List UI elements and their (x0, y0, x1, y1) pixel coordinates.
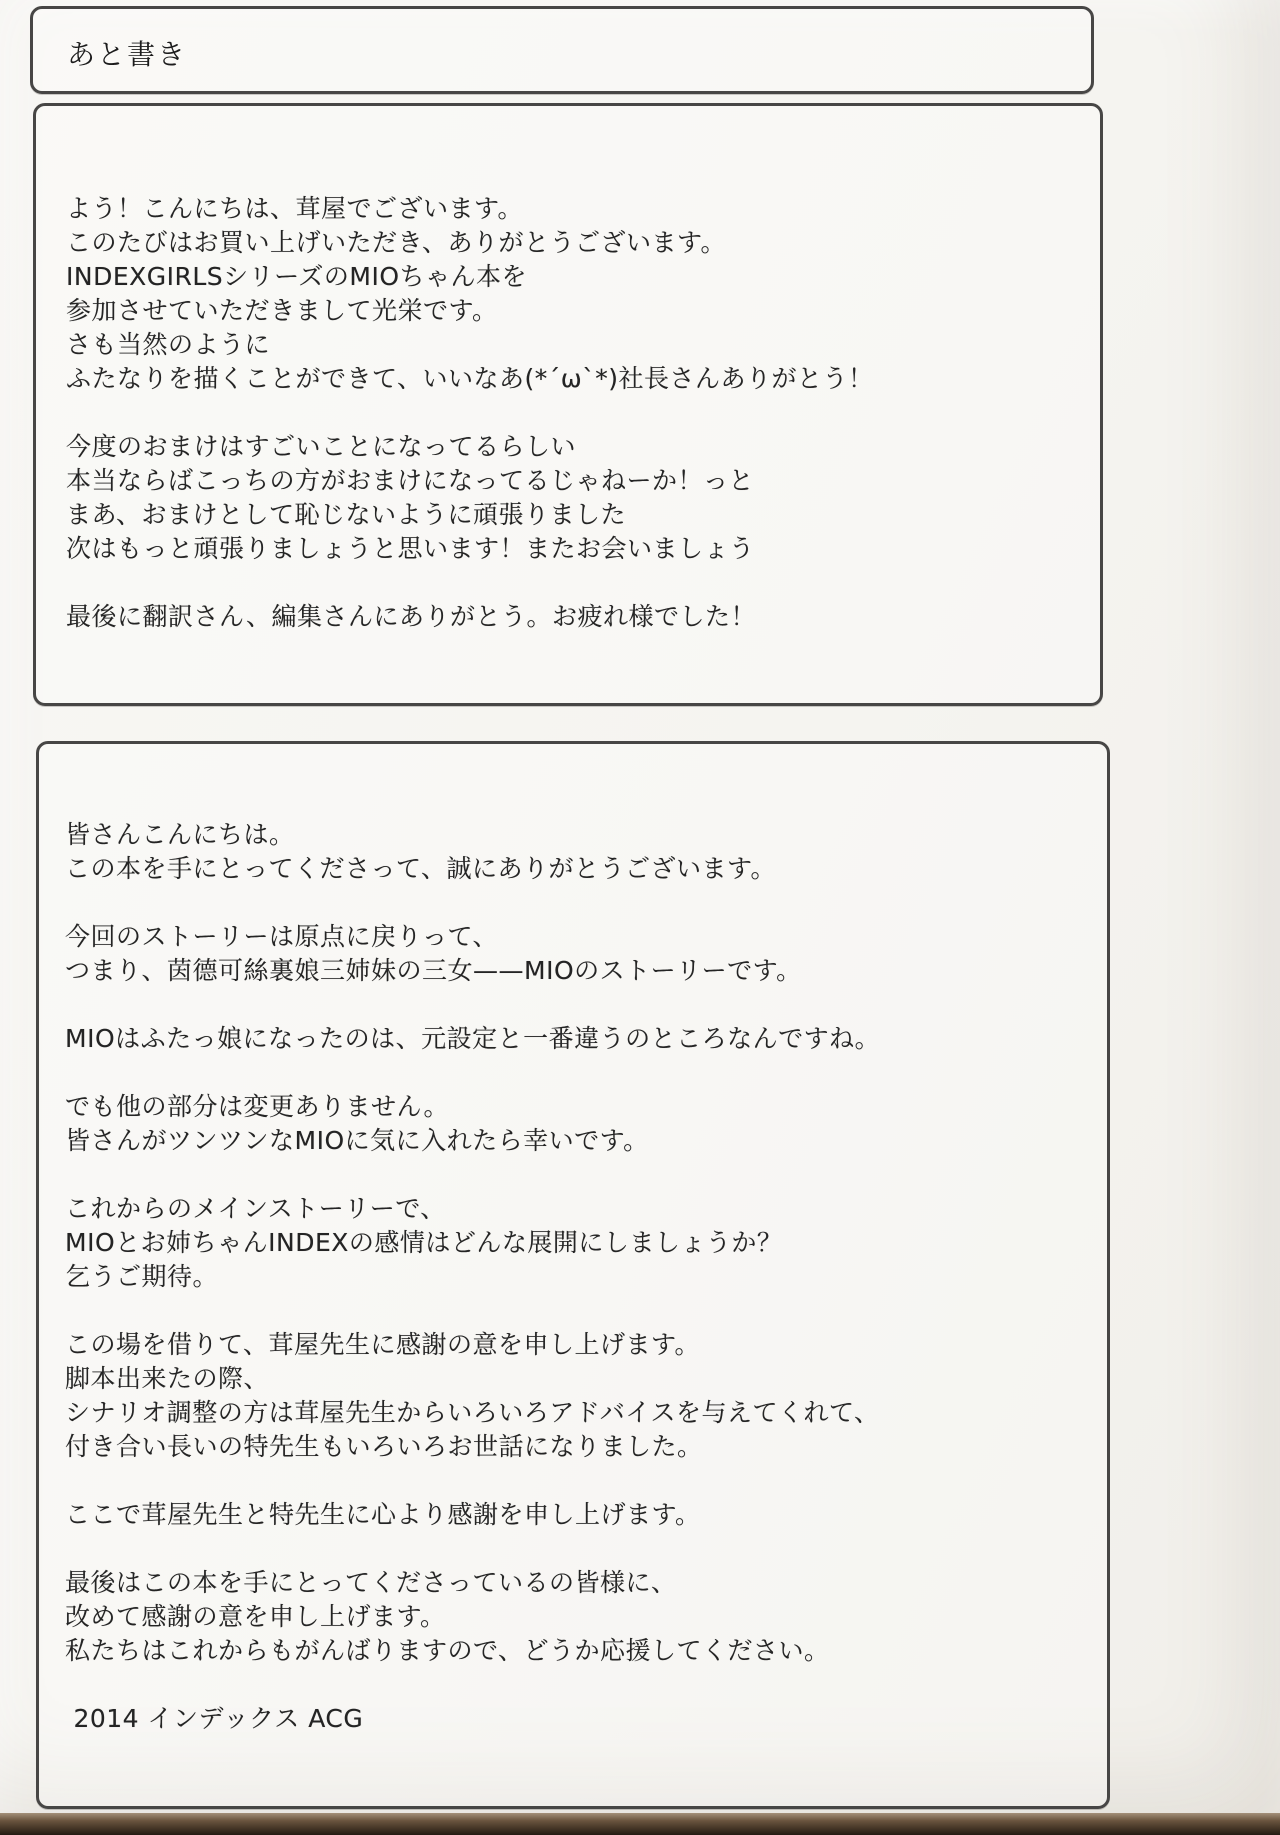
text-line: まあ、おまけとして恥じないように頑張りました (66, 498, 873, 532)
text-line (65, 1668, 880, 1702)
artist-note-box: よう！こんにちは、茸屋でございます。このたびはお買い上げいただき、ありがとうござ… (33, 103, 1103, 706)
text-line: INDEXGIRLSシリーズのMIOちゃん本を (66, 260, 873, 294)
text-line (66, 396, 873, 430)
text-line: 皆さんがツンツンなMIOに気に入れたら幸いです。 (65, 1124, 880, 1158)
text-line: 本当ならばこっちの方がおまけになってるじゃねーか！っと (66, 464, 873, 498)
publisher-note-text: 皆さんこんにちは。この本を手にとってくださって、誠にありがとうございます。 今回… (65, 818, 880, 1736)
afterword-title-box: あと書き (30, 6, 1094, 94)
text-line: 付き合い長いの特先生もいろいろお世話になりました。 (65, 1430, 880, 1464)
text-line: よう！こんにちは、茸屋でございます。 (66, 192, 873, 226)
text-line: 私たちはこれからもがんばりますので、どうか応援してください。 (65, 1634, 880, 1668)
text-line: 最後はこの本を手にとってくださっているの皆様に、 (65, 1566, 880, 1600)
publisher-note-box: 皆さんこんにちは。この本を手にとってくださって、誠にありがとうございます。 今回… (36, 741, 1110, 1809)
text-line: シナリオ調整の方は茸屋先生からいろいろアドバイスを与えてくれて、 (65, 1396, 880, 1430)
text-line: MIOとお姉ちゃんINDEXの感情はどんな展開にしましょうか？ (65, 1226, 880, 1260)
text-line: ここで茸屋先生と特先生に心より感謝を申し上げます。 (65, 1498, 880, 1532)
page-title: あと書き (67, 33, 187, 73)
text-line: つまり、茵德可絲裏娘三姉妹の三女——MIOのストーリーです。 (65, 954, 880, 988)
scan-edge (0, 1813, 1280, 1835)
text-line: 参加させていただきまして光栄です。 (66, 294, 873, 328)
text-line: 脚本出来たの際、 (65, 1362, 880, 1396)
text-line (66, 566, 873, 600)
text-line (65, 1158, 880, 1192)
text-line: この場を借りて、茸屋先生に感謝の意を申し上げます。 (65, 1328, 880, 1362)
text-line (65, 988, 880, 1022)
text-line (65, 1294, 880, 1328)
text-line (65, 1464, 880, 1498)
text-line: 今度のおまけはすごいことになってるらしい (66, 430, 873, 464)
text-line: 次はもっと頑張りましょうと思います！またお会いましょう (66, 532, 873, 566)
text-line: さも当然のように (66, 328, 873, 362)
text-line: 乞うご期待。 (65, 1260, 880, 1294)
text-line (65, 1532, 880, 1566)
text-line: 皆さんこんにちは。 (65, 818, 880, 852)
text-line: これからのメインストーリーで、 (65, 1192, 880, 1226)
text-line (65, 886, 880, 920)
text-line: このたびはお買い上げいただき、ありがとうございます。 (66, 226, 873, 260)
text-line: この本を手にとってくださって、誠にありがとうございます。 (65, 852, 880, 886)
text-line: でも他の部分は変更ありません。 (65, 1090, 880, 1124)
text-line: ふたなりを描くことができて、いいなあ(*´ω`*)社長さんありがとう！ (66, 362, 873, 396)
text-line: MIOはふたっ娘になったのは、元設定と一番違うのところなんですね。 (65, 1022, 880, 1056)
text-line: 今回のストーリーは原点に戻りって、 (65, 920, 880, 954)
text-line (65, 1056, 880, 1090)
text-line: 最後に翻訳さん、編集さんにありがとう。お疲れ様でした！ (66, 600, 873, 634)
text-line: 改めて感謝の意を申し上げます。 (65, 1600, 880, 1634)
text-line: 2014 インデックス ACG (65, 1702, 880, 1736)
artist-note-text: よう！こんにちは、茸屋でございます。このたびはお買い上げいただき、ありがとうござ… (66, 192, 873, 634)
